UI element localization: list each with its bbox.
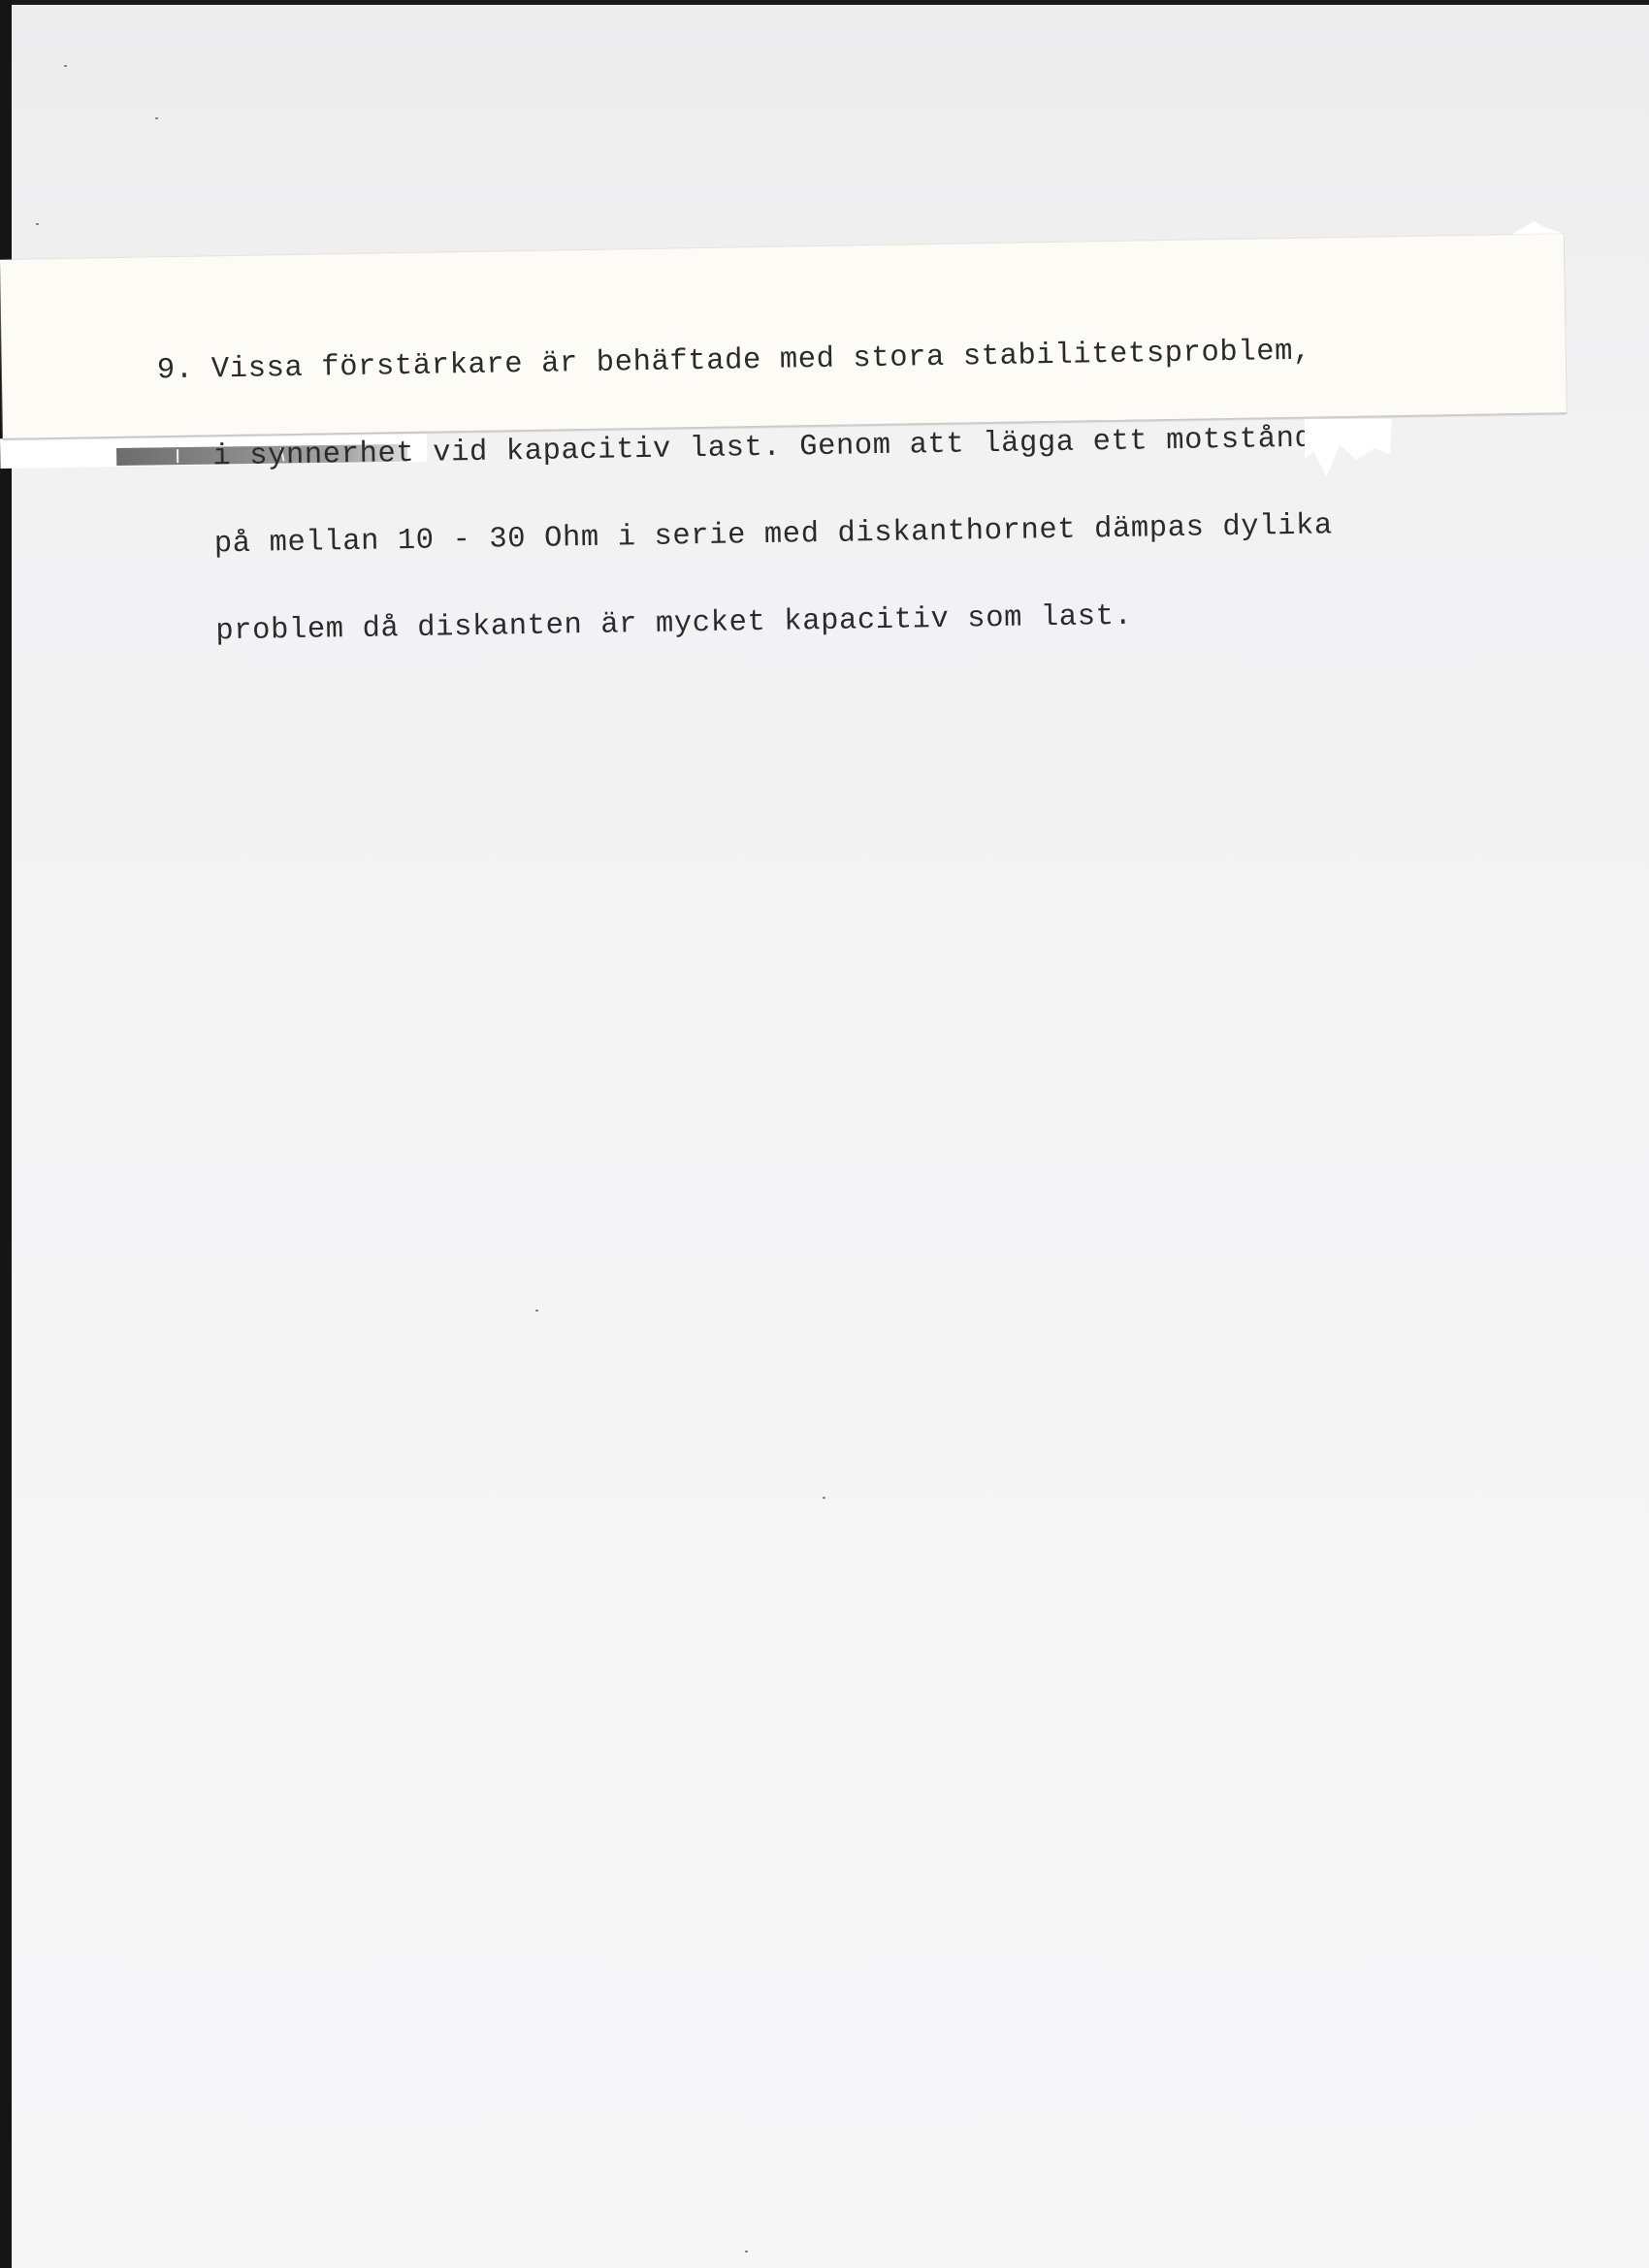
indent bbox=[159, 464, 213, 465]
indent bbox=[160, 551, 214, 552]
dust-speck bbox=[64, 65, 67, 67]
typewritten-paragraph: 9.Vissa förstärkare är behäftade med sto… bbox=[156, 278, 1336, 705]
indent bbox=[162, 638, 216, 639]
paragraph-line-1: 9.Vissa förstärkare är behäftade med sto… bbox=[157, 337, 1330, 385]
dust-speck bbox=[823, 1497, 825, 1499]
line-text: i synnerhet vid kapacitiv last. Genom at… bbox=[212, 423, 1313, 474]
line-text: problem då diskanten är mycket kapacitiv… bbox=[215, 600, 1133, 649]
paragraph-line-4: problem då diskanten är mycket kapacitiv… bbox=[161, 599, 1334, 647]
line-text: Vissa förstärkare är behäftade med stora… bbox=[211, 336, 1312, 387]
dust-speck bbox=[36, 223, 39, 225]
paragraph-line-3: på mellan 10 - 30 Ohm i serie med diskan… bbox=[160, 511, 1333, 560]
item-number: 9. bbox=[157, 355, 211, 385]
paper-clipping: 9.Vissa förstärkare är behäftade med sto… bbox=[0, 234, 1567, 438]
dust-speck bbox=[745, 2251, 748, 2252]
dust-speck bbox=[535, 1310, 538, 1312]
dust-speck bbox=[155, 117, 158, 119]
paragraph-line-2: i synnerhet vid kapacitiv last. Genom at… bbox=[158, 424, 1331, 472]
line-text: på mellan 10 - 30 Ohm i serie med diskan… bbox=[214, 509, 1333, 561]
